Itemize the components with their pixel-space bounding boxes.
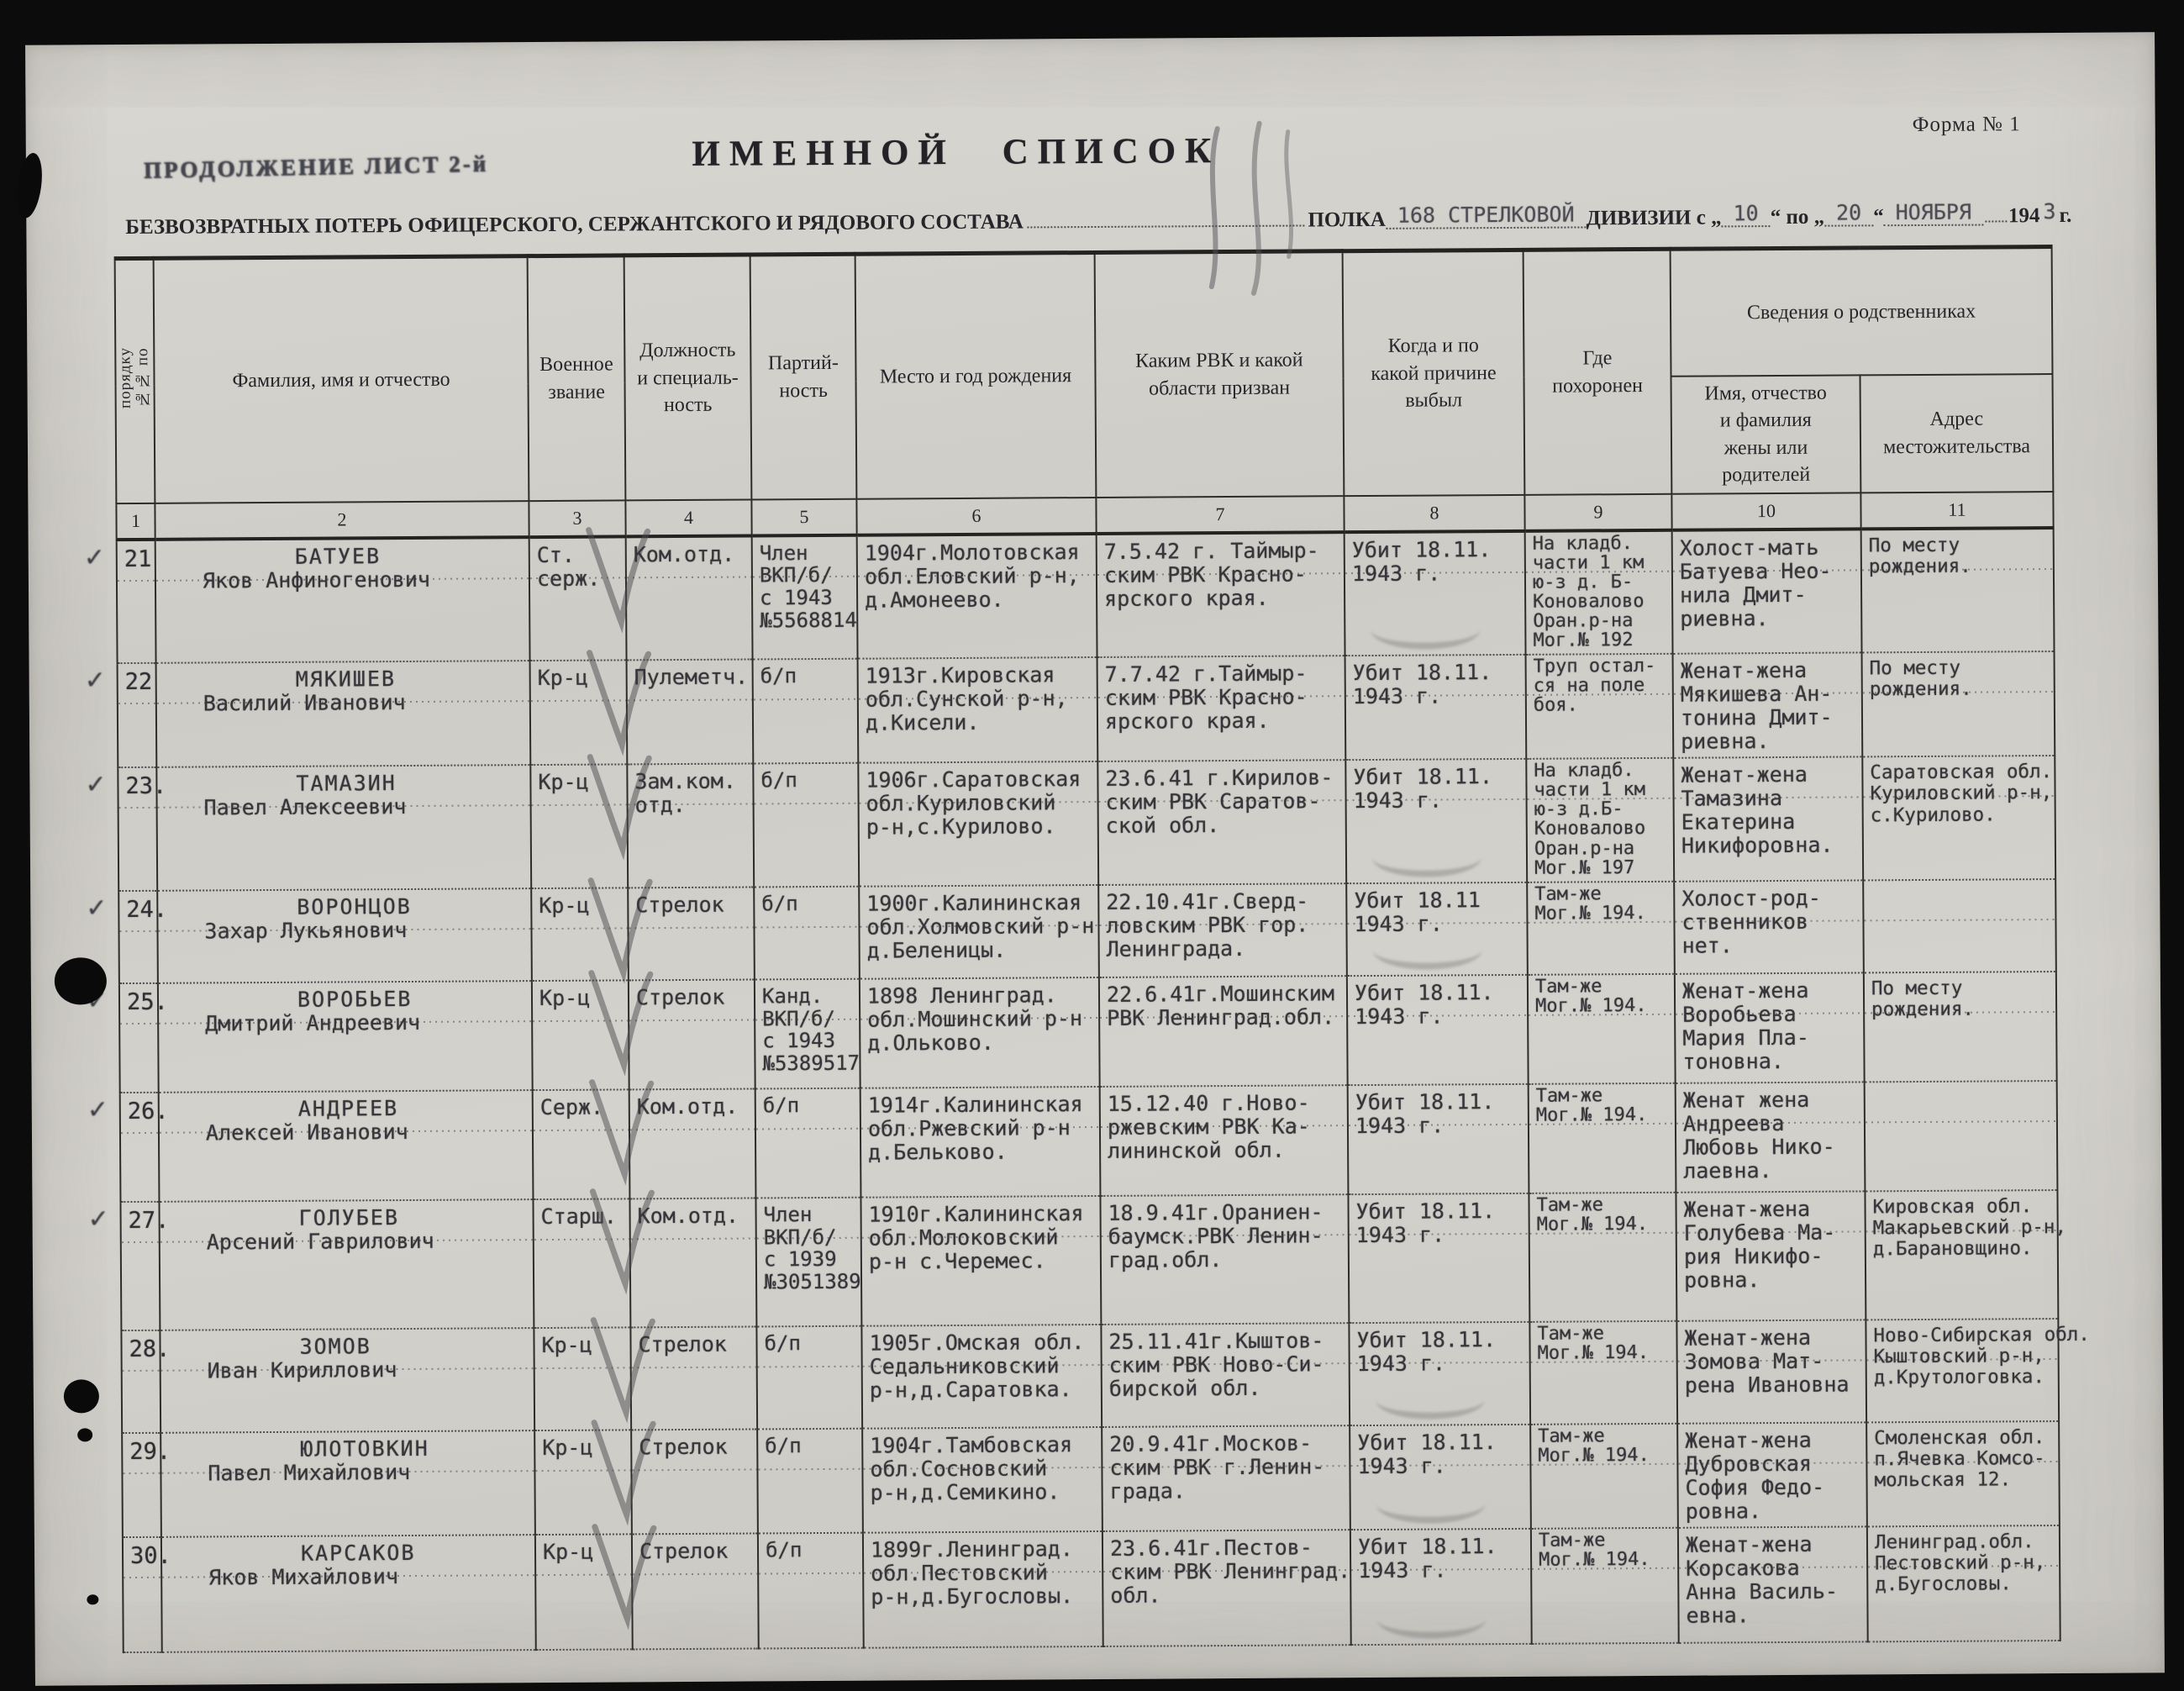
name-cell: ГОЛУБЕВ Арсений Гаврилович <box>159 1199 534 1330</box>
burial-cell: Там-же Мог.№ 194. <box>1529 1192 1676 1321</box>
pencil-smudge <box>1376 1599 1486 1639</box>
burial-cell: Там-же Мог.№ 194. <box>1529 1083 1676 1193</box>
birthplace-cell: 1913г.Кировская обл.Сунской р-н, д.Кисел… <box>858 657 1098 763</box>
position-cell: Стрелок <box>631 1429 758 1534</box>
pencil-smudge <box>1372 838 1481 877</box>
casualty-cell: Убит 18.11. 1943 г. <box>1345 759 1527 883</box>
check-mark-icon: ✓ <box>87 1204 108 1234</box>
burial-cell: Там-же Мог.№ 194. <box>1527 881 1675 974</box>
rank-cell: Кр-ц <box>530 765 628 888</box>
address-cell: По месту рождения. <box>1862 651 2055 756</box>
position-cell: Стрелок <box>628 887 755 980</box>
birthplace-cell: 1905г.Омская обл. Седальниковский р-н,д.… <box>861 1325 1102 1429</box>
col-header-address: Адрес местожительства <box>1860 374 2054 493</box>
rank-cell: Кр-ц <box>534 1327 631 1430</box>
rank-cell: Ст. серж. <box>529 536 627 661</box>
casualty-table: №№ по порядку Фамилия, имя и отчество Во… <box>114 245 2061 1653</box>
drafted-by-cell: 15.12.40 г.Ново- ржевским РВК Ка- лининс… <box>1100 1085 1349 1196</box>
page-title: ИМЕННОЙ СПИСОК <box>26 126 1887 179</box>
relatives-cell: Женат-жена Корсакова Анна Василь- евна. <box>1678 1526 1868 1642</box>
table-row: ✓25. ВОРОБЬЕВ Дмитрий Андреевич Кр-ц Стр… <box>119 972 2057 1093</box>
address-cell: Ленинград.обл. Пестовский р-н, д.Бугосло… <box>1867 1525 2060 1641</box>
rank-cell: Кр-ц <box>532 980 629 1090</box>
column-number: 4 <box>625 499 751 536</box>
date-to-value: 20 <box>1824 200 1873 226</box>
name-cell: ЮЛОТОВКИН Павел Михайлович <box>161 1430 535 1537</box>
party-cell: б/п <box>754 886 860 979</box>
drafted-by-cell: 20.9.41г.Москов- ским РВК г.Ленин- града… <box>1102 1425 1350 1531</box>
check-mark-icon: ✓ <box>84 543 105 572</box>
birthplace-cell: 1899г.Ленинград. обл.Пестовский р-н,д.Бу… <box>863 1531 1103 1648</box>
drafted-by-cell: 23.6.41г.Пестов- ским РВК Ленинград. обл… <box>1103 1530 1351 1646</box>
check-mark-icon: ✓ <box>87 1095 108 1125</box>
party-cell: б/п <box>758 1532 864 1648</box>
casualty-cell: Убит 18.11. 1943 г. <box>1345 530 1526 656</box>
party-cell: Канд. ВКП/б/ с 1943 №5389517 <box>755 978 860 1088</box>
birthplace-cell: 1910г.Калининская обл.Молоковский р-н с.… <box>860 1196 1101 1326</box>
casualty-cell: Убит 18.11. 1943 г. <box>1347 975 1529 1085</box>
drafted-by-cell: 7.7.42 г.Таймыр- ским РВК Красно- ярског… <box>1097 656 1346 761</box>
address-cell: Саратовская обл. Куриловский р-н, с.Кури… <box>1862 756 2055 880</box>
burial-cell: Там-же Мог.№ 194. <box>1530 1423 1678 1528</box>
col-header-burial: Где похоронен <box>1524 249 1672 494</box>
burial-cell: Там-же Мог.№ 194. <box>1531 1527 1679 1643</box>
burial-cell: Там-же Мог.№ 194. <box>1529 1320 1677 1424</box>
burial-cell: Там-же Мог.№ 194. <box>1528 973 1676 1083</box>
table-row: 30. КАРСАКОВ Яков Михайлович Кр-ц Стрело… <box>123 1525 2060 1652</box>
relatives-cell: Холост-мать Батуева Нео- нила Дмит- риев… <box>1672 529 1862 654</box>
regiment-label: ПОЛКА <box>1308 208 1386 233</box>
table-row: ✓24. ВОРОНЦОВ Захар Лукьянович Кр-ц Стре… <box>118 879 2056 983</box>
table-row: ✓21 БАТУЕВ Яков Анфиногенович Ст. серж. … <box>117 528 2055 664</box>
party-cell: б/п <box>756 1325 862 1429</box>
party-cell: б/п <box>753 763 859 887</box>
address-cell: Ново-Сибирская обл. Кыштовский р-н, д.Кр… <box>1866 1319 2059 1422</box>
year-printed: 194 <box>2008 204 2040 228</box>
year-suffix: г. <box>2059 204 2071 228</box>
rank-cell: Серж. <box>533 1089 630 1199</box>
column-number: 10 <box>1671 493 1860 529</box>
ink-blob <box>77 1428 92 1441</box>
column-number: 1 <box>116 503 155 539</box>
burial-cell: На кладб. части 1 км ю-з д.Б- Коновалово… <box>1526 758 1674 882</box>
address-cell <box>1863 879 2056 972</box>
col-group-relatives: Сведения о родственниках <box>1671 247 2053 377</box>
pencil-smudge <box>1371 610 1480 650</box>
col-header-party: Партий- ность <box>750 254 857 499</box>
row-number-cell: ✓24. <box>118 891 158 983</box>
rank-cell: Кр-ц <box>531 888 629 981</box>
casualty-cell: Убит 18.11. 1943 г. <box>1348 1084 1529 1194</box>
row-number-cell: ✓26. <box>120 1092 160 1201</box>
month-value: НОЯБРЯ <box>1884 200 1983 227</box>
drafted-by-cell: 18.9.41г.Ораниен- баумск.РВК Ленин- град… <box>1100 1194 1349 1325</box>
table-row: ✓26. АНДРЕЕВ Алексей Иванович Серж. Ком.… <box>120 1081 2058 1202</box>
name-cell: ЗОМОВ Иван Кириллович <box>160 1328 534 1433</box>
table-row: 29. ЮЛОТОВКИН Павел Михайлович Кр-ц Стре… <box>122 1421 2060 1537</box>
row-number-cell: ✓23. <box>118 767 157 891</box>
name-cell: МЯКИШЕВ Василий Иванович <box>156 661 531 767</box>
position-cell: Пулеметч. <box>627 660 754 765</box>
address-cell: Смоленская обл. п.Ячевка Комсо- мольская… <box>1866 1421 2060 1526</box>
position-cell: Ком.отд. <box>629 1088 756 1198</box>
table-row: 28. ЗОМОВ Иван Кириллович Кр-ц Стрелок б… <box>121 1319 2059 1433</box>
regiment-value: 168 СТРЕЛКОВОЙ <box>1386 202 1587 229</box>
casualty-cell: Убит 18.11 1943 г. <box>1346 882 1528 976</box>
dotted-line <box>1027 203 1305 228</box>
relatives-cell: Женат-жена Мякишева Ан- тонина Дмит- рие… <box>1673 653 1863 758</box>
address-cell: По месту рождения. <box>1861 528 2055 653</box>
col-header-drafted-by: Каким РВК и какой области призван <box>1095 251 1345 498</box>
row-number-cell: ✓25. <box>119 983 159 1093</box>
col-header-position: Должность и специаль- ность <box>624 255 752 500</box>
ink-blob <box>64 1379 99 1413</box>
burial-cell: Труп остал- ся на поле боя. <box>1526 654 1674 759</box>
year-typed: 3 <box>2039 199 2059 224</box>
position-cell: Ком.отд. <box>629 1198 756 1327</box>
name-cell: ТАМАЗИН Павел Алексеевич <box>156 765 531 890</box>
po-label: “ по „ <box>1771 206 1825 229</box>
relatives-cell: Женат-жена Голубева Ма- рия Никифо- ровн… <box>1676 1191 1866 1320</box>
drafted-by-cell: 7.5.42 г. Таймыр- ским РВК Красно- ярско… <box>1097 532 1345 657</box>
column-number: 3 <box>529 500 625 537</box>
birthplace-cell: 1900г.Калининская обл.Холмовский р-н д.Б… <box>859 885 1099 979</box>
dotted-line <box>1985 199 2007 222</box>
rank-cell: Кр-ц <box>534 1430 632 1535</box>
table-header: №№ по порядку Фамилия, имя и отчество Во… <box>115 247 2054 540</box>
drafted-by-cell: 22.6.41г.Мошинским РВК Ленинград.обл. <box>1099 976 1348 1087</box>
col-header-name: Фамилия, имя и отчество <box>154 256 529 503</box>
drafted-by-cell: 22.10.41г.Сверд- ловским РВК гор. Ленинг… <box>1098 883 1347 977</box>
column-number: 5 <box>751 498 856 535</box>
relatives-cell: Женат-жена Воробьева Мария Пла- тоновна. <box>1675 972 1865 1083</box>
relatives-cell: Женат жена Андреева Любовь Нико- лаевна. <box>1676 1082 1866 1192</box>
ink-blob <box>87 1594 98 1604</box>
table-row: ✓23. ТАМАЗИН Павел Алексеевич Кр-ц Зам.к… <box>118 756 2055 891</box>
column-number: 7 <box>1096 496 1344 534</box>
relatives-cell: Женат-жена Дубровская София Федо- ровна. <box>1677 1422 1867 1527</box>
col-header-index: №№ по порядку <box>115 258 155 503</box>
check-mark-icon: ✓ <box>86 893 107 923</box>
casualty-rows: ✓21 БАТУЕВ Яков Анфиногенович Ст. серж. … <box>117 528 2060 1652</box>
name-cell: АНДРЕЕВ Алексей Иванович <box>159 1090 534 1202</box>
row-number-cell: 28. <box>121 1330 161 1432</box>
position-cell: Зам.ком. отд. <box>627 764 754 888</box>
drafted-by-cell: 25.11.41г.Кыштов- ским РВК Ново-Си- бирс… <box>1101 1323 1350 1427</box>
pencil-smudge <box>1376 1380 1485 1420</box>
address-cell: По месту рождения. <box>1864 972 2057 1082</box>
casualty-cell: Убит 18.11. 1943 г. <box>1349 1322 1530 1425</box>
ink-blob <box>55 957 107 1004</box>
party-cell: б/п <box>755 1088 861 1198</box>
position-cell: Стрелок <box>632 1533 759 1649</box>
casualty-cell: Убит 18.11. 1943 г. <box>1350 1425 1531 1530</box>
column-number: 11 <box>1860 492 2053 529</box>
table-row: ✓27. ГОЛУБЕВ Арсений Гаврилович Старш. К… <box>120 1190 2058 1330</box>
rank-cell: Кр-ц <box>535 1534 633 1650</box>
check-mark-icon: ✓ <box>85 666 106 695</box>
check-mark-icon: ✓ <box>85 770 106 799</box>
name-cell: ВОРОНЦОВ Захар Лукьянович <box>157 888 532 983</box>
address-cell <box>1865 1081 2058 1191</box>
column-number: 8 <box>1344 494 1524 531</box>
name-cell: БАТУЕВ Яков Анфиногенович <box>155 537 530 663</box>
party-cell: б/п <box>753 659 859 764</box>
row-number-cell: ✓22 <box>118 663 157 767</box>
drafted-by-cell: 23.6.41 г.Кирилов- ским РВК Саратов- ско… <box>1097 760 1346 884</box>
subtitle-prefix: БЕЗВОЗВРАТНЫХ ПОТЕРЬ ОФИЦЕРСКОГО, СЕРЖАН… <box>125 211 1024 240</box>
rank-cell: Старш. <box>533 1198 630 1328</box>
birthplace-cell: 1904г.Тамбовская обл.Сосновский р-н,д.Се… <box>862 1427 1103 1533</box>
division-label: ДИВИЗИИ с „ <box>1587 206 1722 230</box>
row-number-cell: ✓21 <box>117 539 156 663</box>
date-from-value: 10 <box>1721 201 1770 227</box>
address-cell: Кировская обл. Макарьевский р-н, д.Баран… <box>1865 1190 2058 1320</box>
casualty-cell: Убит 18.11. 1943 г. <box>1345 655 1527 760</box>
casualty-table-wrap: №№ по порядку Фамилия, имя и отчество Во… <box>114 245 2061 1653</box>
casualty-cell: Убит 18.11. 1943 г. <box>1348 1193 1529 1323</box>
position-cell: Стрелок <box>630 1326 757 1430</box>
casualty-cell: Убит 18.11. 1943 г. <box>1350 1529 1532 1645</box>
rank-cell: Кр-ц <box>530 661 628 766</box>
position-cell: Стрелок <box>629 979 755 1089</box>
birthplace-cell: 1906г.Саратовская обл.Куриловский р-н,с.… <box>858 761 1098 886</box>
pencil-smudge <box>1376 1484 1486 1524</box>
row-number-cell: ✓27. <box>120 1201 160 1330</box>
position-cell: Ком.отд. <box>626 535 753 660</box>
pencil-smudge <box>1373 930 1482 970</box>
birthplace-cell: 1898 Ленинград. обл.Мошинский р-н д.Ольк… <box>860 977 1100 1088</box>
party-cell: Член ВКП/б/ с 1943 №5568814 <box>752 535 858 659</box>
party-cell: б/п <box>757 1428 863 1533</box>
col-header-rank: Военное звание <box>528 255 626 501</box>
party-cell: Член ВКП/б/ с 1939 №3051389 <box>755 1197 861 1326</box>
burial-cell: На кладб. части 1 км ю-з д. Б- Коновалов… <box>1525 529 1673 655</box>
col-header-relatives: Имя, отчество и фамилия жены или родител… <box>1671 375 1861 493</box>
name-cell: КАРСАКОВ Яков Михайлович <box>161 1535 536 1652</box>
col-header-casualty: Когда и по какой причине выбыл <box>1343 250 1525 495</box>
column-number: 2 <box>155 501 529 540</box>
row-number-cell: 29. <box>122 1432 161 1536</box>
relatives-cell: Женат-жена Тамазина Екатерина Никифоровн… <box>1673 757 1863 882</box>
relatives-cell: Холост-род- ственников нет. <box>1674 880 1864 973</box>
column-number: 6 <box>856 498 1096 535</box>
birthplace-cell: 1904г.Молотовская обл.Еловский р-н, д.Ам… <box>857 534 1097 659</box>
quote-close: “ <box>1873 205 1884 229</box>
birthplace-cell: 1914г.Калининская обл.Ржевский р-н д.Бел… <box>860 1087 1101 1198</box>
relatives-cell: Женат-жена Зомова Мат- рена Ивановна <box>1676 1320 1866 1423</box>
form-number-label: Форма № 1 <box>1913 113 2021 137</box>
document-subtitle: БЕЗВОЗВРАТНЫХ ПОТЕРЬ ОФИЦЕРСКОГО, СЕРЖАН… <box>125 199 2071 240</box>
document-paper: ПРОДОЛЖЕНИЕ ЛИСТ 2-й Форма № 1 ИМЕННОЙ С… <box>25 32 2165 1685</box>
col-header-birthplace: Место и год рождения <box>855 252 1097 498</box>
column-number: 9 <box>1524 493 1671 530</box>
table-row: ✓22 МЯКИШЕВ Василий Иванович Кр-ц Пулеме… <box>118 651 2055 767</box>
row-number-cell: 30. <box>123 1536 162 1651</box>
scanned-document-page: { "form_label": "Форма № 1", "stamp": "П… <box>0 0 2184 1691</box>
name-cell: ВОРОБЬЕВ Дмитрий Андреевич <box>158 981 533 1093</box>
